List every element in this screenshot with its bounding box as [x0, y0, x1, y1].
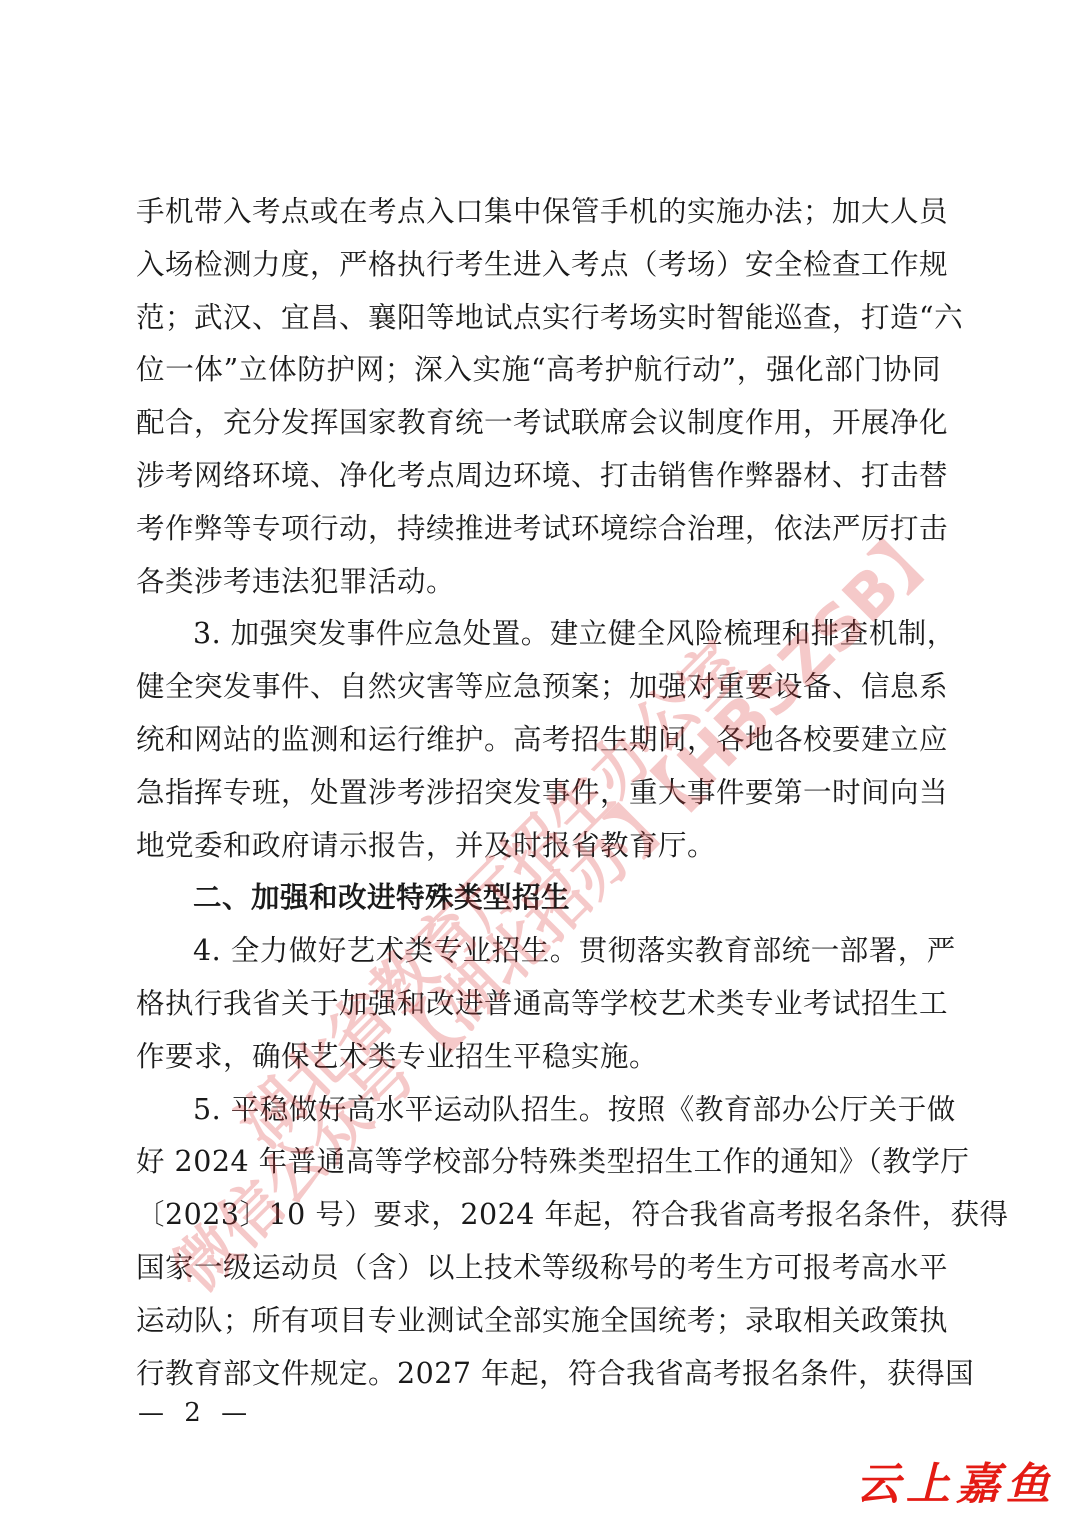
- paragraph-4-start: 4. 全力做好艺术类专业招生。贯彻落实教育部统一部署，严: [136, 925, 941, 978]
- text-line: 作要求，确保艺术类专业招生平稳实施。: [136, 1031, 941, 1084]
- document-page: 手机带入考点或在考点入口集中保管手机的实施办法；加大人员 入场检测力度，严格执行…: [0, 0, 1080, 1527]
- text-line: 格执行我省关于加强和改进普通高等学校艺术类专业考试招生工: [136, 978, 941, 1031]
- publisher-logo: 云上嘉鱼: [856, 1448, 1056, 1512]
- section-heading: 二、加强和改进特殊类型招生: [136, 872, 941, 925]
- page-number: — 2 —: [138, 1398, 253, 1428]
- paragraph-5-start: 5. 平稳做好高水平运动队招生。按照《教育部办公厅关于做: [136, 1084, 941, 1137]
- text-line: 位一体”立体防护网；深入实施“高考护航行动”，强化部门协同: [136, 344, 941, 397]
- paragraph-3-start: 3. 加强突发事件应急处置。建立健全风险梳理和排查机制，: [136, 608, 941, 661]
- text-line: 急指挥专班，处置涉考涉招突发事件，重大事件要第一时间向当: [136, 767, 941, 820]
- text-line: 范；武汉、宜昌、襄阳等地试点实行考场实时智能巡查，打造“六: [136, 292, 941, 345]
- text-line: 国家一级运动员（含）以上技术等级称号的考生方可报考高水平: [136, 1242, 941, 1295]
- text-line: 好 2024 年普通高等学校部分特殊类型招生工作的通知》（教学厅: [136, 1136, 941, 1189]
- text-line: 手机带入考点或在考点入口集中保管手机的实施办法；加大人员: [136, 186, 941, 239]
- text-line: 配合，充分发挥国家教育统一考试联席会议制度作用，开展净化: [136, 397, 941, 450]
- text-line: 涉考网络环境、净化考点周边环境、打击销售作弊器材、打击替: [136, 450, 941, 503]
- text-line: 健全突发事件、自然灾害等应急预案；加强对重要设备、信息系: [136, 661, 941, 714]
- text-line: 地党委和政府请示报告，并及时报省教育厅。: [136, 820, 941, 873]
- text-line: 运动队；所有项目专业测试全部实施全国统考；录取相关政策执: [136, 1295, 941, 1348]
- text-line: 统和网站的监测和运行维护。高考招生期间，各地各校要建立应: [136, 714, 941, 767]
- text-line: 考作弊等专项行动，持续推进考试环境综合治理，依法严厉打击: [136, 503, 941, 556]
- text-line: 〔2023〕10 号）要求，2024 年起，符合我省高考报名条件，获得: [136, 1189, 941, 1242]
- text-line: 入场检测力度，严格执行考生进入考点（考场）安全检查工作规: [136, 239, 941, 292]
- text-line: 各类涉考违法犯罪活动。: [136, 556, 941, 609]
- document-body: 手机带入考点或在考点入口集中保管手机的实施办法；加大人员 入场检测力度，严格执行…: [136, 186, 941, 1400]
- text-line: 行教育部文件规定。2027 年起，符合我省高考报名条件，获得国: [136, 1348, 941, 1401]
